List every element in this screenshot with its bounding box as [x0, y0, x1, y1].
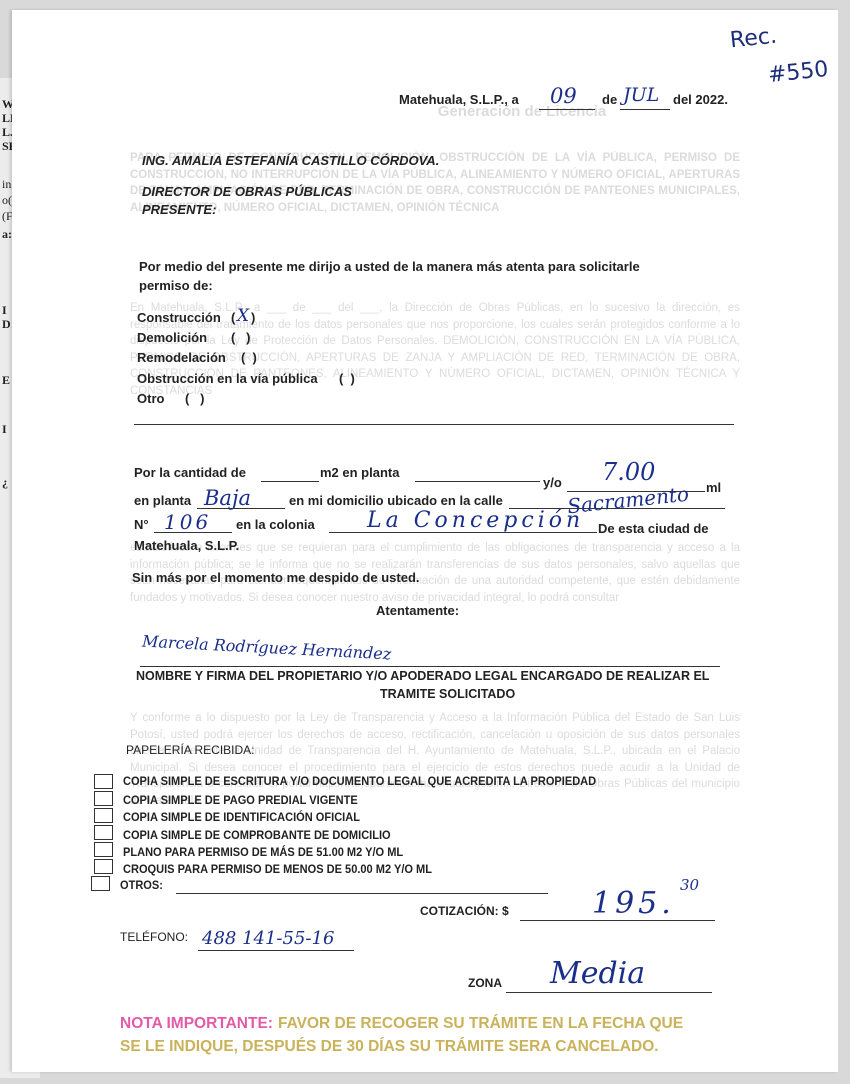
check-mark-x: X [237, 306, 249, 326]
otro-line [134, 424, 734, 425]
addressee-name: ING. AMALIA ESTEFANÍA CASTILLO CÓRDOVA. [142, 153, 439, 168]
permit-label: Demolición [137, 330, 207, 345]
papeleria-checkbox[interactable] [94, 859, 113, 874]
corner-annotation-line1: Rec. [729, 24, 778, 54]
zona-label: ZONA [468, 976, 502, 990]
day-line [539, 109, 595, 110]
papeleria-item: PLANO PARA PERMISO DE MÁS DE 51.00 M2 Y/… [123, 845, 403, 859]
cotizacion-value[interactable]: 195. [592, 886, 675, 921]
nota-line1: FAVOR DE RECOGER SU TRÁMITE EN LA FECHA … [278, 1015, 683, 1033]
papeleria-item: OTROS: [120, 878, 163, 892]
colonia-label: en la colonia [236, 517, 315, 532]
papeleria-checkbox[interactable] [94, 808, 113, 823]
ciudad-text: De esta ciudad de [598, 521, 709, 536]
papeleria-checkbox[interactable] [94, 842, 113, 857]
underlying-fragment: E [2, 374, 10, 386]
signature[interactable]: Marcela Rodríguez Hernández [142, 631, 392, 663]
papeleria-item: COPIA SIMPLE DE ESCRITURA Y/O DOCUMENTO … [123, 774, 596, 788]
underlying-fragment: I [2, 423, 7, 435]
colonia-value[interactable]: La Concepción [367, 508, 584, 533]
underlying-fragment: a: [2, 228, 12, 240]
underlying-fragment: D [2, 318, 11, 330]
telefono-value[interactable]: 488 141-55-16 [202, 928, 334, 949]
year-text: del 2022. [673, 92, 728, 107]
ml-unit: ml [706, 480, 721, 495]
signature-line [140, 666, 720, 667]
day-value[interactable]: 09 [550, 84, 577, 108]
despedida-text: Sin más por el momento me despido de ust… [132, 570, 420, 585]
numero-value[interactable]: 106 [164, 510, 211, 534]
atentamente-label: Atentamente: [376, 603, 459, 618]
numero-label: N° [134, 517, 149, 532]
addressee-title: DIRECTOR DE OBRAS PÚBLICAS [142, 184, 352, 199]
papeleria-checkbox[interactable] [94, 774, 113, 789]
request-form-page: Generación de Licencia PARA PERMISO DE C… [12, 10, 838, 1072]
intro-line-2: permiso de: [139, 278, 213, 293]
addressee-presente: PRESENTE: [142, 202, 216, 217]
permit-label: Otro [137, 391, 164, 406]
en-planta-label: en planta [134, 493, 191, 508]
m2-label: m2 en planta [320, 465, 399, 480]
zona-value[interactable]: Media [550, 956, 645, 991]
cotizacion-cents: 30 [680, 876, 699, 894]
planta-line[interactable] [415, 481, 540, 482]
papeleria-item: COPIA SIMPLE DE IDENTIFICACIÓN OFICIAL [123, 810, 360, 824]
papeleria-checkbox[interactable] [94, 791, 113, 806]
m2-line[interactable] [261, 481, 319, 482]
underlying-fragment: o( [2, 194, 12, 206]
ciudad-name: Matehuala, S.L.P. [134, 538, 239, 553]
permit-label: Construcción [137, 310, 221, 325]
papeleria-checkbox[interactable] [94, 825, 113, 840]
nota-prefix: NOTA IMPORTANTE: [120, 1015, 273, 1033]
intro-line-1: Por medio del presente me dirijo a usted… [139, 259, 640, 274]
month-value[interactable]: JUL [623, 84, 659, 106]
quantity-label: Por la cantidad de [134, 465, 246, 480]
telefono-line [198, 950, 354, 951]
place-prefix: Matehuala, S.L.P., a [399, 92, 519, 107]
calle-value[interactable]: Sacramento [566, 482, 690, 519]
bleed-heading: Generación de Licencia [312, 104, 732, 121]
otros-line [176, 893, 548, 894]
de-label: de [602, 92, 617, 107]
telefono-label: TELÉFONO: [120, 930, 188, 944]
ml-value[interactable]: 7.00 [602, 458, 655, 486]
papeleria-checkbox[interactable] [91, 876, 110, 891]
underlying-fragment: ¿ [2, 476, 8, 488]
papeleria-item: COPIA SIMPLE DE PAGO PREDIAL VIGENTE [123, 793, 358, 807]
permit-label: Obstrucción en la vía pública [137, 371, 318, 386]
month-line [620, 109, 670, 110]
domicilio-label: en mi domicilio ubicado en la calle [289, 493, 503, 508]
yo-label: y/o [543, 475, 562, 490]
papeleria-item: CROQUIS PARA PERMISO DE MENOS DE 50.00 M… [123, 862, 432, 876]
cotizacion-label: COTIZACIÓN: $ [420, 904, 509, 918]
corner-annotation-line2: #550 [767, 57, 830, 88]
nota-line2: SE LE INDIQUE, DESPUÉS DE 30 DÍAS SU TRÁ… [120, 1038, 659, 1056]
permit-label: Remodelación [137, 350, 226, 365]
firma-label-2: TRAMITE SOLICITADO [380, 687, 515, 701]
papeleria-title: PAPELERÍA RECIBIDA: [126, 743, 255, 757]
firma-label-1: NOMBRE Y FIRMA DEL PROPIETARIO Y/O APODE… [136, 669, 709, 683]
planta-value[interactable]: Baja [204, 486, 251, 510]
zona-line [506, 992, 712, 993]
underlying-fragment: I [2, 304, 7, 316]
papeleria-item: COPIA SIMPLE DE COMPROBANTE DE DOMICILIO [123, 828, 391, 842]
